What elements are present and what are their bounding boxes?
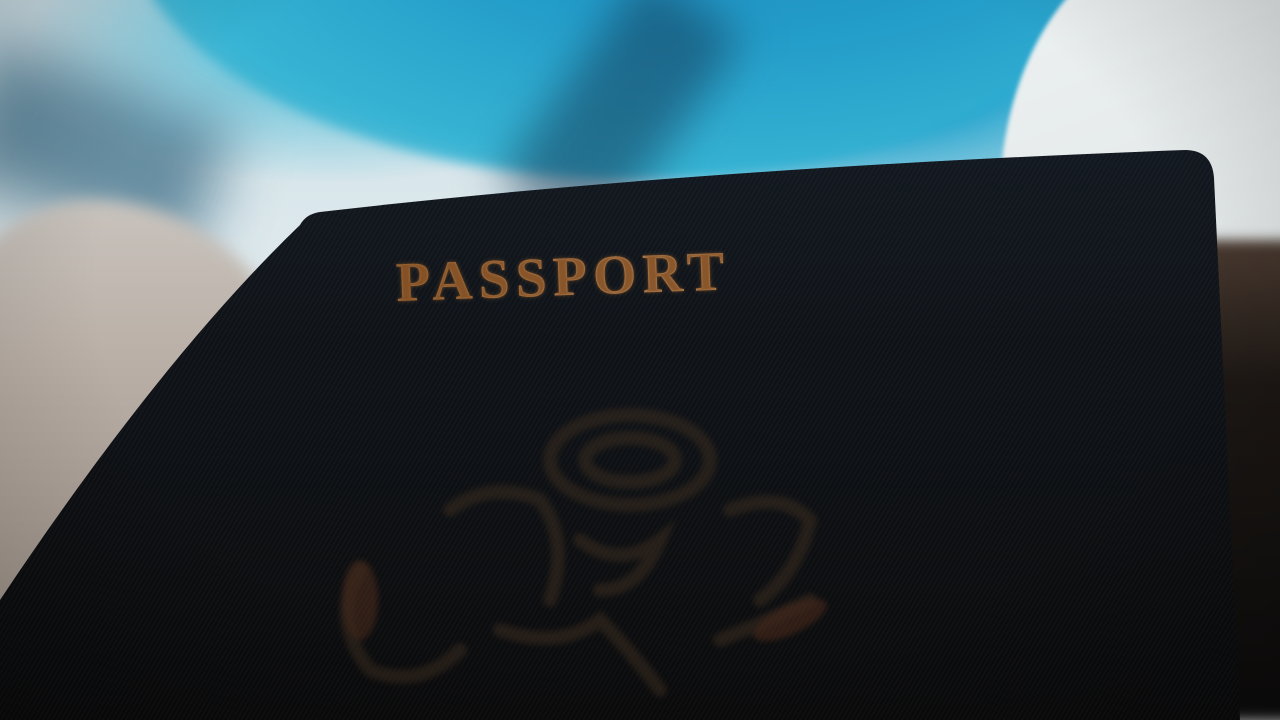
- photo-scene: PASSPORT: [0, 0, 1280, 720]
- eagle-seal-emblem-icon: [300, 390, 860, 720]
